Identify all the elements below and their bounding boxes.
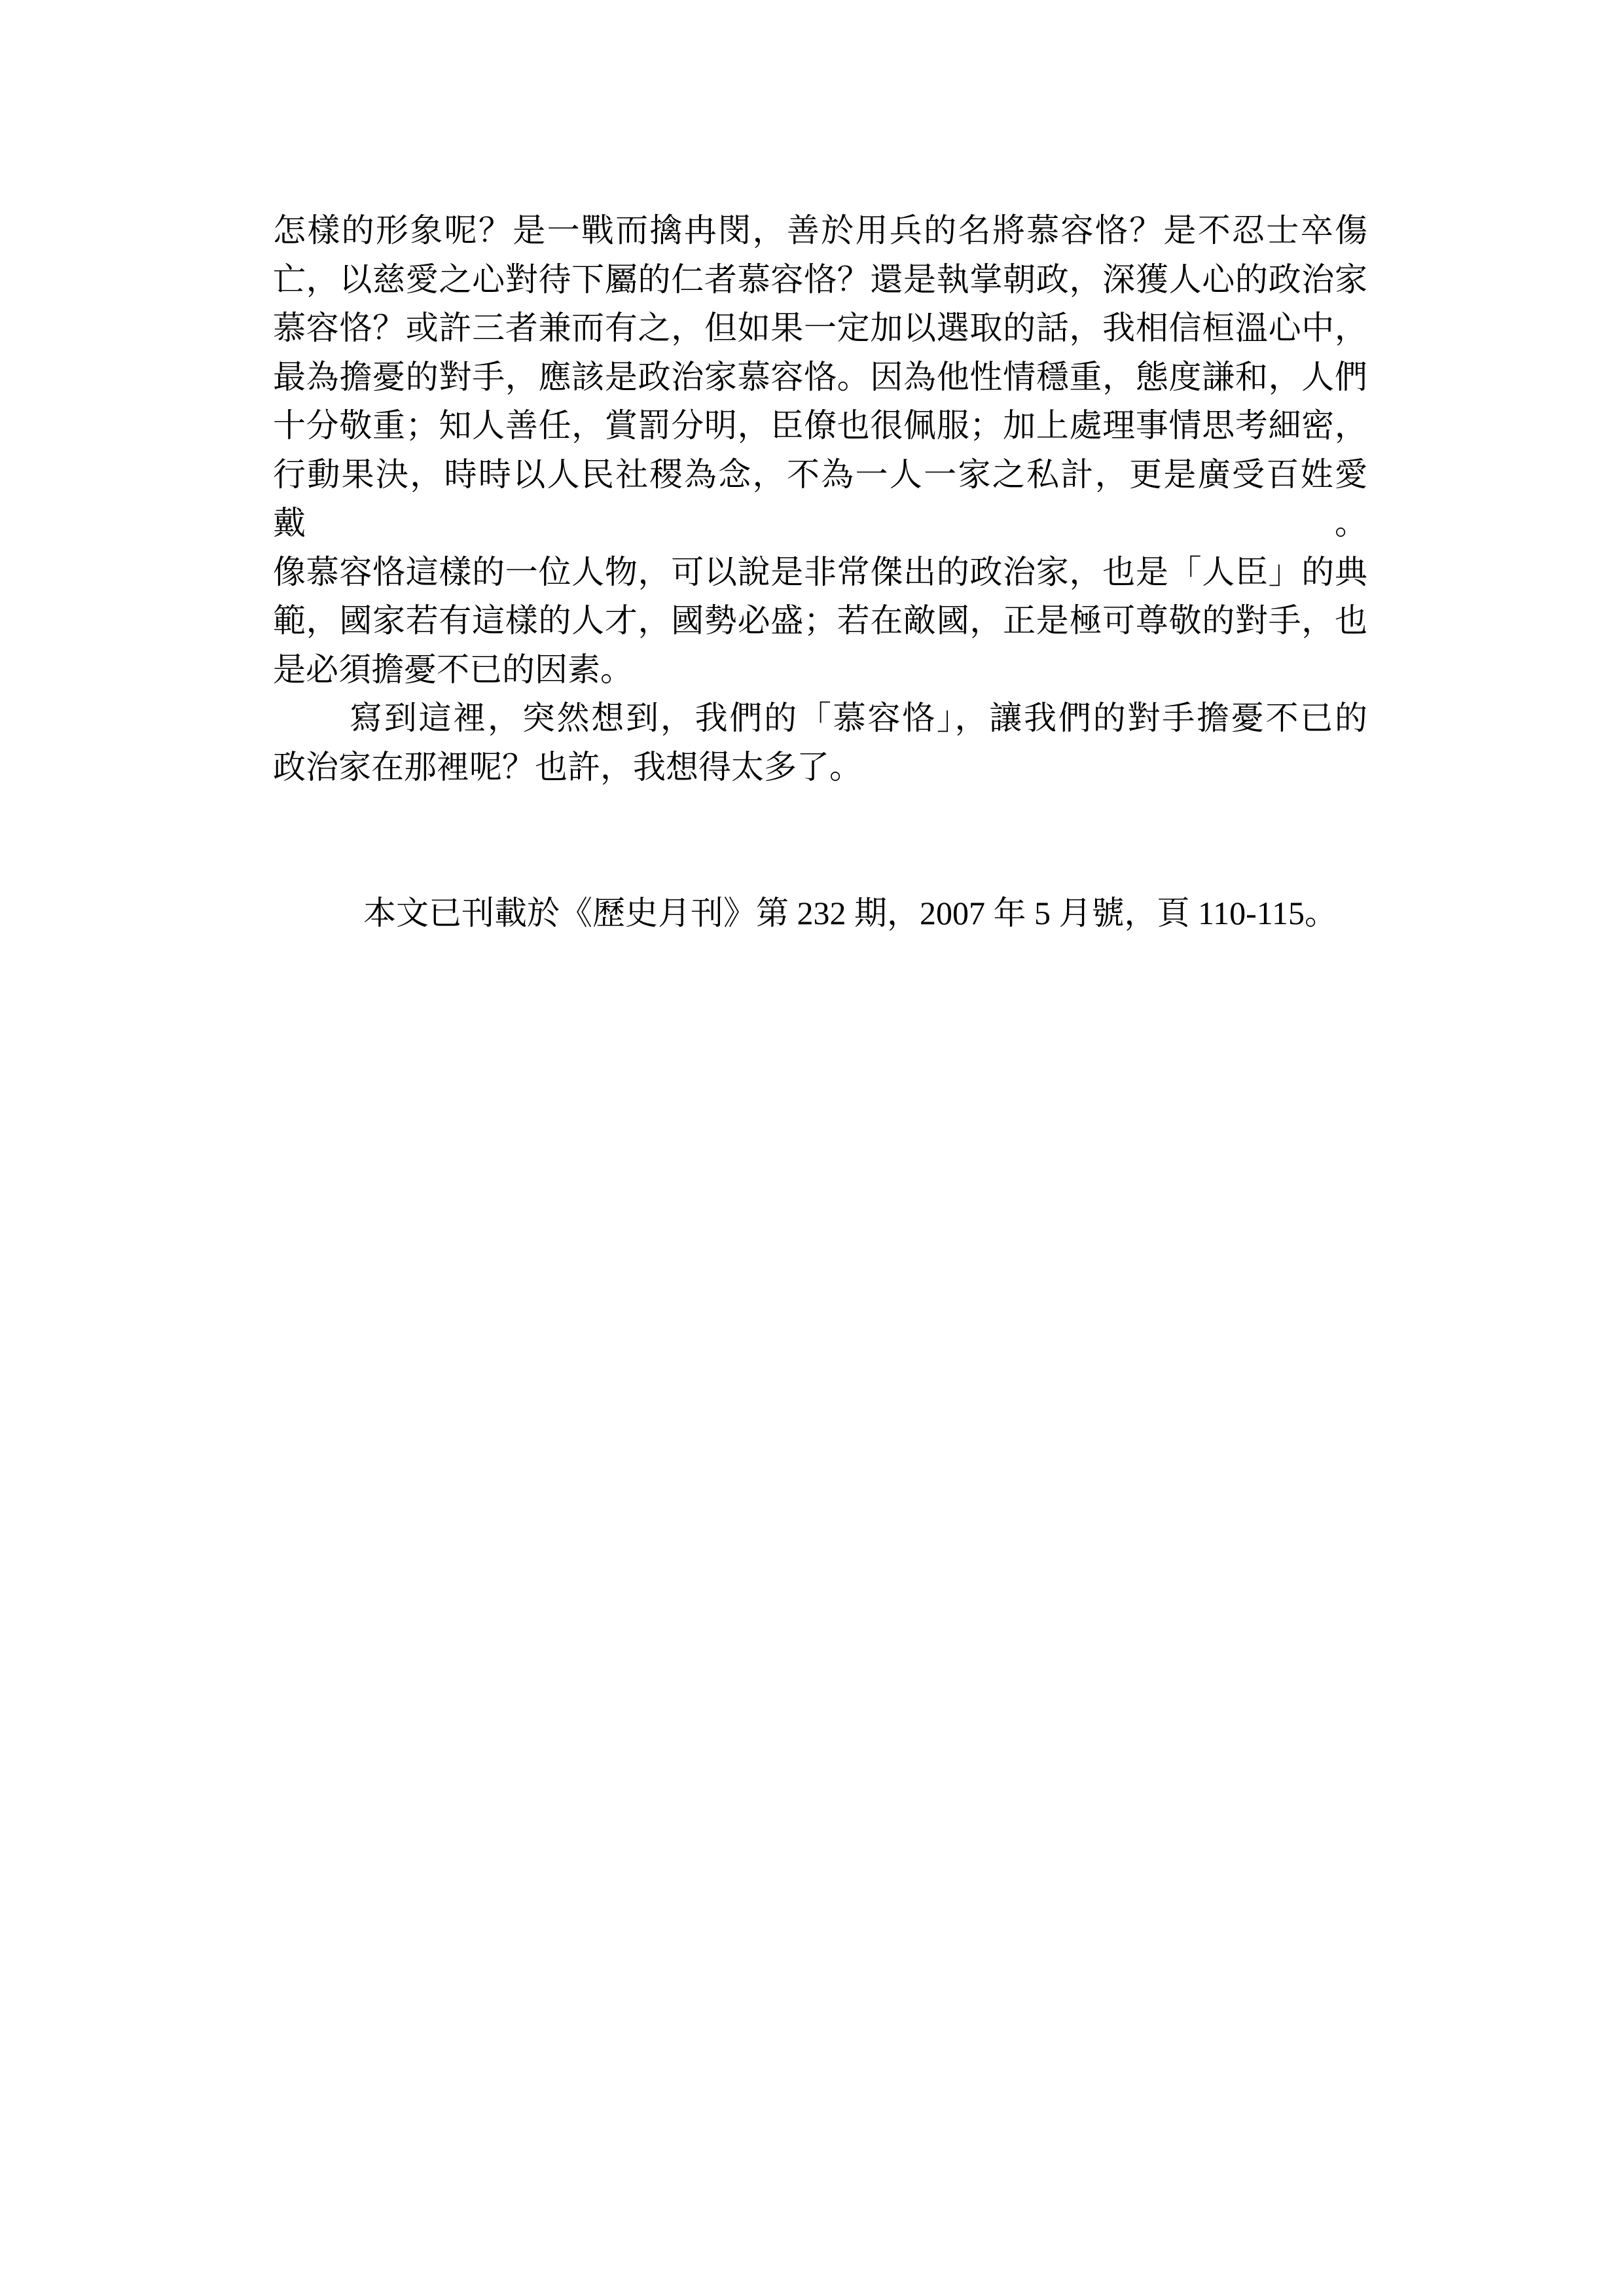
text-line: 政治家在那裡呢？也許，我想得太多了。	[273, 743, 1367, 792]
text-line: 最為擔憂的對手，應該是政治家慕容恪。因為他性情穩重，態度謙和，人們	[273, 353, 1367, 402]
text-line: 範，國家若有這樣的人才，國勢必盛；若在敵國，正是極可尊敬的對手，也	[273, 596, 1367, 645]
paragraph-closing: 寫到這裡，突然想到，我們的「慕容恪」，讓我們的對手擔憂不已的政治家在那裡呢？也許…	[273, 694, 1367, 791]
citation-line: 本文已刊載於《歷史月刊》第 232 期，2007 年 5 月號，頁 110-11…	[363, 889, 1367, 938]
text-block: 怎樣的形象呢？是一戰而擒冉閔，善於用兵的名將慕容恪？是不忍士卒傷亡，以慈愛之心對…	[273, 206, 1367, 938]
text-line: 亡，以慈愛之心對待下屬的仁者慕容恪？還是執掌朝政，深獲人心的政治家	[273, 255, 1367, 304]
text-line: 是必須擔憂不已的因素。	[273, 645, 1367, 694]
document-page: 怎樣的形象呢？是一戰而擒冉閔，善於用兵的名將慕容恪？是不忍士卒傷亡，以慈愛之心對…	[0, 0, 1624, 2296]
text-line: 十分敬重；知人善任，賞罰分明，臣僚也很佩服；加上處理事情思考細密，	[273, 401, 1367, 450]
text-line: 怎樣的形象呢？是一戰而擒冉閔，善於用兵的名將慕容恪？是不忍士卒傷	[273, 206, 1367, 255]
blank-lines	[273, 791, 1367, 889]
text-line: 慕容恪？或許三者兼而有之，但如果一定加以選取的話，我相信桓溫心中，	[273, 304, 1367, 353]
text-line: 寫到這裡，突然想到，我們的「慕容恪」，讓我們的對手擔憂不已的	[273, 694, 1367, 743]
text-line: 像慕容恪這樣的一位人物，可以說是非常傑出的政治家，也是「人臣」的典	[273, 548, 1367, 597]
paragraph-body: 怎樣的形象呢？是一戰而擒冉閔，善於用兵的名將慕容恪？是不忍士卒傷亡，以慈愛之心對…	[273, 206, 1367, 694]
text-line: 行動果決，時時以人民社稷為念，不為一人一家之私計，更是廣受百姓愛戴。	[273, 450, 1367, 548]
